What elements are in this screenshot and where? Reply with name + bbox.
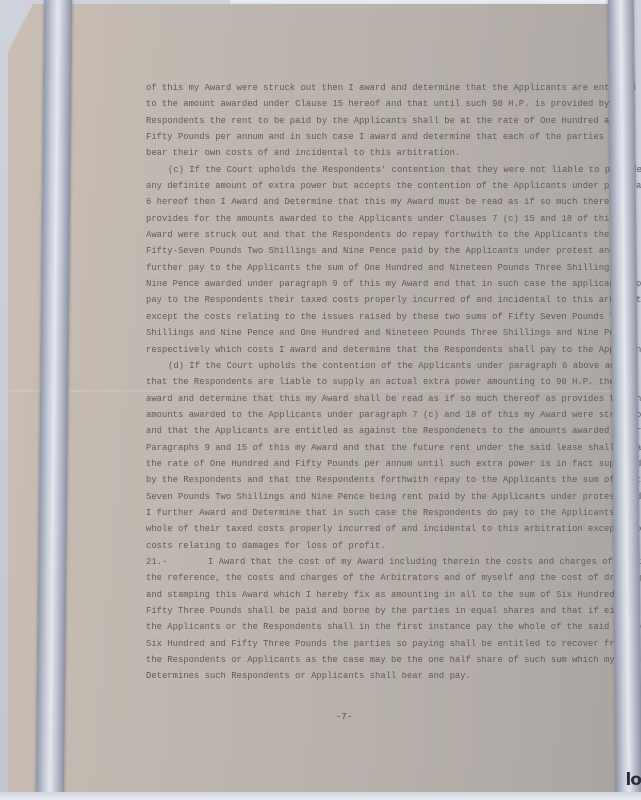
page-number: -7- xyxy=(336,712,352,722)
text-line: Seven Pounds Two Shillings and Nine Penc… xyxy=(146,489,611,505)
text-line: Six Hundred and Fifty Three Pounds the p… xyxy=(146,636,611,652)
text-line: 6 hereof then I Award and Determine that… xyxy=(146,194,611,210)
corner-handwritten-mark: lo xyxy=(625,770,641,790)
scanned-document-photo: of this my Award were struck out then I … xyxy=(0,0,641,800)
text-line: respectively which costs I award and det… xyxy=(146,342,611,358)
text-line: any definite amount of extra power but a… xyxy=(146,178,611,194)
text-line: amounts awarded to the Applicants under … xyxy=(146,407,611,423)
text-line: of this my Award were struck out then I … xyxy=(146,80,611,96)
text-line: the reference, the costs and charges of … xyxy=(146,570,611,586)
text-line: 21.-I Award that the cost of my Award in… xyxy=(146,554,611,570)
text-line: by the Respondents and that the Responde… xyxy=(146,472,611,488)
typewritten-body: of this my Award were struck out then I … xyxy=(146,80,611,685)
text-line: (c) If the Court upholds the Respondents… xyxy=(146,162,611,178)
text-line: I further Award and Determine that in su… xyxy=(146,505,611,521)
text-line: bear their own costs of and incidental t… xyxy=(146,145,611,161)
text-line: costs relating to damages for loss of pr… xyxy=(146,538,611,554)
text-line: Paragraphs 9 and 15 of this my Award and… xyxy=(146,440,611,456)
text-line: Determines such Respondents or Applicant… xyxy=(146,668,611,684)
text-line: the rate of One Hundred and Fifty Pounds… xyxy=(146,456,611,472)
text-line: further pay to the Applicants the sum of… xyxy=(146,260,611,276)
text-line: the Respondents or Applicants as the cas… xyxy=(146,652,611,668)
text-line: Award were struck out and that the Respo… xyxy=(146,227,611,243)
text-line: Fifty Pounds per annum and in such case … xyxy=(146,129,611,145)
text-line: award and determine that this my Award s… xyxy=(146,391,611,407)
text-line: whole of their taxed costs properly incu… xyxy=(146,521,611,537)
text-line: to the amount awarded under Clause 15 he… xyxy=(146,96,611,112)
cloth-bottom-edge xyxy=(0,792,641,800)
text-line: the Applicants or the Respondents shall … xyxy=(146,619,611,635)
text-line: Fifty Three Pounds shall be paid and bor… xyxy=(146,603,611,619)
text-line: Fifty-Seven Pounds Two Shillings and Nin… xyxy=(146,243,611,259)
text-line: and stamping this Award which I hereby f… xyxy=(146,587,611,603)
text-line: except the costs relating to the issues … xyxy=(146,309,611,325)
text-line: Shillings and Nine Pence and One Hundred… xyxy=(146,325,611,341)
text-line: that the Respondents are liable to suppl… xyxy=(146,374,611,390)
text-line: Nine Pence awarded under paragraph 9 of … xyxy=(146,276,611,292)
clause-text: I Award that the cost of my Award includ… xyxy=(208,557,641,567)
text-line: Respondents the rent to be paid by the A… xyxy=(146,113,611,129)
clause-number: 21.- xyxy=(146,554,208,570)
text-line: pay to the Respondents their taxed costs… xyxy=(146,292,611,308)
text-line: provides for the amounts awarded to the … xyxy=(146,211,611,227)
text-line: (d) If the Court upholds the contention … xyxy=(146,358,611,374)
text-line: and that the Applicants are entitled as … xyxy=(146,423,611,439)
